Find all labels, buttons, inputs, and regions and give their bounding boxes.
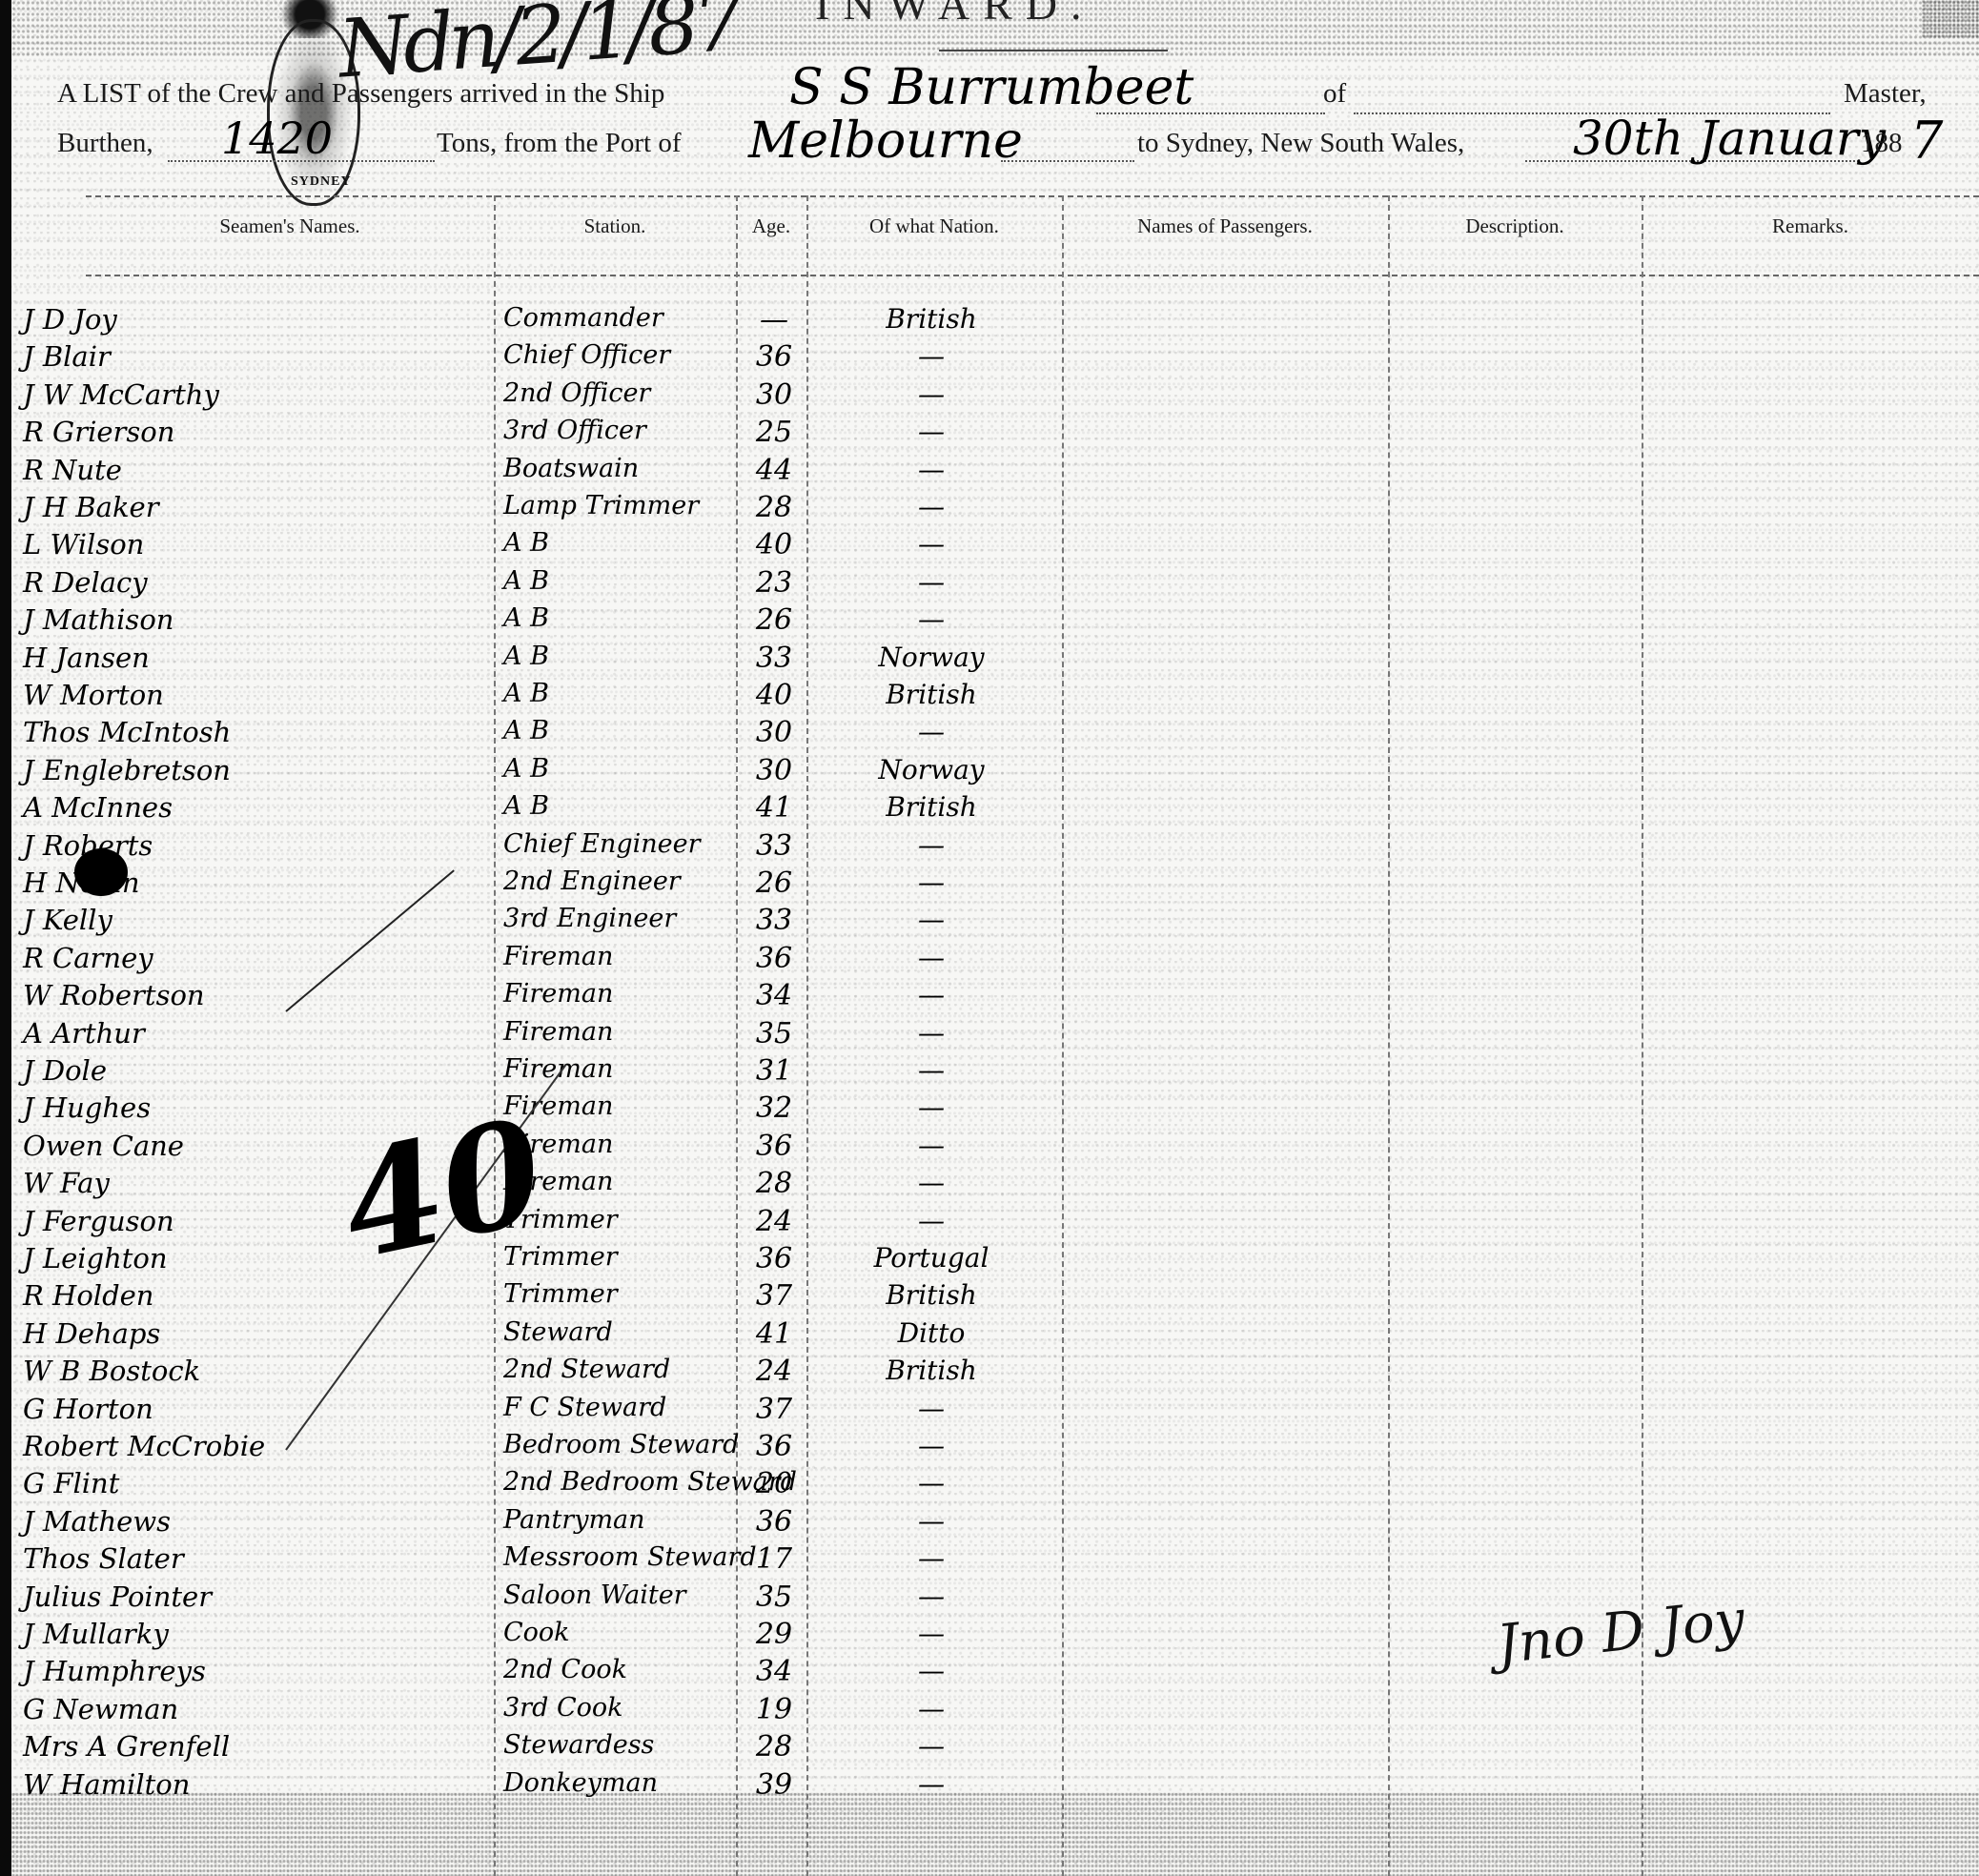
crew-station: Boatswain [503,454,639,483]
crew-name: Thos Slater [23,1542,184,1575]
crew-station: Fireman [503,979,613,1009]
crew-station: 2nd Officer [503,378,650,408]
crew-nation: — [822,1017,1041,1049]
fill-line [1096,112,1325,114]
crew-row: J D JoyCommander—British [0,303,1979,341]
crew-name: J Mathison [23,603,173,636]
crew-nation: — [822,1430,1041,1461]
crew-name: J Mathews [23,1505,171,1538]
crew-row: G HortonF C Steward37— [0,1393,1979,1431]
crew-nation: — [822,942,1041,973]
crew-name: W B Bostock [23,1355,200,1387]
crew-station: 2nd Cook [503,1655,627,1684]
crew-nation: Norway [822,642,1041,673]
crew-row: J Kelly3rd Engineer33— [0,904,1979,942]
crew-name: J Humphreys [23,1655,206,1687]
crew-age: 37 [747,1279,801,1313]
column-header-description: Description. [1388,214,1642,238]
crew-row: Thos SlaterMessroom Steward17— [0,1542,1979,1580]
crew-name: R Nute [23,454,122,486]
crew-name: A Arthur [23,1017,145,1050]
crew-row: R Grierson3rd Officer25— [0,416,1979,454]
of-label: of [1323,78,1346,110]
crew-row: H Nolan2nd Engineer26— [0,867,1979,905]
crew-age: 23 [747,566,801,600]
crew-row: J EnglebretsonA B30Norway [0,754,1979,792]
crew-station: 3rd Officer [503,416,646,445]
tonnage: 1420 [221,112,333,164]
column-header-station: Station. [494,214,736,238]
port-of-departure: Melbourne [748,112,1023,170]
crew-row: Owen CaneFireman36— [0,1130,1979,1168]
crew-row: H JansenA B33Norway [0,642,1979,680]
crew-name: R Grierson [23,416,174,448]
crew-row: Mrs A GrenfellStewardess28— [0,1730,1979,1768]
crew-age: 35 [747,1580,801,1614]
crew-name: Thos McIntosh [23,716,231,748]
crew-station: A B [503,754,549,784]
crew-row: W HamiltonDonkeyman39— [0,1768,1979,1806]
crew-station: Bedroom Steward [503,1430,739,1459]
crew-name: W Hamilton [23,1768,190,1801]
stamp-text: SYDNEY [291,174,352,190]
crew-row: L WilsonA B40— [0,528,1979,566]
crew-age: 36 [747,1242,801,1275]
crew-age: 30 [747,716,801,749]
arrival-date: 30th January [1573,111,1886,166]
crew-station: 2nd Steward [503,1355,670,1384]
crew-station: 2nd Engineer [503,867,681,896]
crew-age: 37 [747,1393,801,1426]
crew-nation: — [822,340,1041,372]
crew-row: W FayFireman28— [0,1167,1979,1205]
crew-age: 29 [747,1618,801,1651]
crew-row: J MathewsPantryman36— [0,1505,1979,1543]
crew-station: A B [503,716,549,745]
crew-age: 36 [747,1430,801,1463]
crew-station: A B [503,679,549,708]
crew-name: J Leighton [23,1242,168,1274]
crew-nation: — [822,1505,1041,1537]
fill-line [1001,160,1134,162]
crew-name: J D Joy [23,303,117,336]
crew-nation: — [822,1467,1041,1499]
crew-row: J W McCarthy2nd Officer30— [0,378,1979,417]
crew-age: 19 [747,1693,801,1726]
crew-nation: — [822,1580,1041,1612]
crew-age: 34 [747,1655,801,1688]
crew-station: Steward [503,1317,613,1347]
crew-row: R NuteBoatswain44— [0,454,1979,492]
crew-name: Robert McCrobie [23,1430,265,1462]
crew-age: 36 [747,942,801,975]
column-header-remarks: Remarks. [1642,214,1979,238]
crew-age: 28 [747,491,801,524]
crew-age: 36 [747,340,801,374]
crew-age: 36 [747,1130,801,1163]
crew-nation: British [822,791,1041,823]
crew-row: J RobertsChief Engineer33— [0,829,1979,867]
destination: to Sydney, New South Wales, [1137,128,1464,159]
crew-station: Fireman [503,942,613,971]
scan-edge-corner [1922,0,1979,38]
crew-row: J BlairChief Officer36— [0,340,1979,378]
crew-nation: — [822,1618,1041,1649]
crew-age: 30 [747,754,801,787]
crew-nation: — [822,1167,1041,1198]
crew-name: J H Baker [23,491,159,523]
crew-name: L Wilson [23,528,144,561]
crew-row: W MortonA B40British [0,679,1979,717]
crew-name: G Flint [23,1467,119,1499]
year-suffix: 7 [1910,111,1943,171]
crew-age: 34 [747,979,801,1012]
crew-age: 28 [747,1730,801,1764]
crew-nation: Norway [822,754,1041,785]
crew-row: Thos McIntoshA B30— [0,716,1979,754]
crew-row: J HughesFireman32— [0,1091,1979,1130]
crew-nation: — [822,1693,1041,1724]
crew-row: W RobertsonFireman34— [0,979,1979,1017]
crew-name: J Hughes [23,1091,151,1124]
crew-name: Mrs A Grenfell [23,1730,230,1763]
crew-nation: — [822,867,1041,898]
crew-row: J DoleFireman31— [0,1054,1979,1092]
crew-nation: — [822,1054,1041,1086]
crew-nation: Ditto [822,1317,1041,1349]
crew-age: 26 [747,867,801,900]
crew-age: 36 [747,1505,801,1539]
crew-station: A B [503,528,549,558]
crew-age: 41 [747,1317,801,1351]
crew-name: H Dehaps [23,1317,160,1350]
crew-nation: — [822,491,1041,522]
master-label: Master, [1844,78,1927,110]
crew-row: G Flint2nd Bedroom Steward20— [0,1467,1979,1505]
crew-station: Messroom Steward [503,1542,757,1572]
crew-row: R HoldenTrimmer37British [0,1279,1979,1317]
crew-name: J Dole [23,1054,107,1087]
crew-nation: — [822,1091,1041,1123]
crew-station: Commander [503,303,663,333]
ship-name: S S Burrumbeet [789,59,1194,116]
crew-station: Fireman [503,1054,613,1084]
crew-station: A B [503,566,549,596]
crew-age: — [747,303,801,336]
document-title: INWARD. [815,0,1094,30]
crew-nation: — [822,528,1041,560]
crew-station: Stewardess [503,1730,654,1760]
crew-nation: — [822,829,1041,861]
crew-row: J MathisonA B26— [0,603,1979,642]
crew-row: H DehapsSteward41Ditto [0,1317,1979,1356]
crew-row: J FergusonTrimmer24— [0,1205,1979,1243]
crew-name: J Ferguson [23,1205,174,1237]
crew-nation: — [822,378,1041,410]
crew-nation: — [822,904,1041,935]
title-underline [939,50,1168,51]
crew-nation: Portugal [822,1242,1041,1274]
crew-nation: — [822,1542,1041,1574]
crew-station: 3rd Engineer [503,904,676,933]
column-header-passenger-names: Names of Passengers. [1062,214,1388,238]
crew-name: J Mullarky [23,1618,169,1650]
column-header-nation: Of what Nation. [806,214,1062,238]
crew-age: 30 [747,378,801,412]
crew-age: 26 [747,603,801,637]
crew-nation: British [822,303,1041,335]
crew-station: Fireman [503,1017,613,1047]
crew-nation: — [822,1655,1041,1686]
tons-label: Tons, from the Port of [437,128,682,159]
crew-name: G Horton [23,1393,153,1425]
crew-age: 40 [747,679,801,712]
crew-nation: — [822,603,1041,635]
crew-row: A ArthurFireman35— [0,1017,1979,1055]
crew-nation: — [822,716,1041,747]
crew-name: G Newman [23,1693,178,1725]
crew-age: 41 [747,791,801,825]
crew-station: A B [503,791,549,821]
crew-name: W Fay [23,1167,110,1199]
column-header-seamen-names: Seamen's Names. [86,214,494,238]
crew-age: 31 [747,1054,801,1088]
crew-station: A B [503,642,549,671]
crew-nation: — [822,566,1041,598]
crew-age: 24 [747,1205,801,1238]
crew-nation: — [822,979,1041,1010]
crew-station: Saloon Waiter [503,1580,686,1610]
crew-station: Lamp Trimmer [503,491,699,520]
crew-station: A B [503,603,549,633]
crew-name: J Blair [23,340,111,373]
crew-nation: — [822,1205,1041,1236]
crew-row: R DelacyA B23— [0,566,1979,604]
year-prefix: 188 [1861,128,1903,159]
crew-name: W Morton [23,679,164,711]
crew-age: 24 [747,1355,801,1388]
crew-age: 44 [747,454,801,487]
crew-age: 25 [747,416,801,449]
crew-nation: — [822,1730,1041,1762]
crew-nation: British [822,1355,1041,1386]
crew-name: R Delacy [23,566,148,599]
crew-age: 33 [747,642,801,675]
crew-station: Pantryman [503,1505,645,1535]
crew-name: Julius Pointer [23,1580,212,1613]
crew-nation: — [822,454,1041,485]
crew-age: 33 [747,829,801,863]
manifest-page: INWARD. SYDNEY Ndn/2/1/87 A LIST of the … [0,0,1979,1876]
crew-station: F C Steward [503,1393,666,1422]
crew-row: A McInnesA B41British [0,791,1979,829]
crew-nation: — [822,1393,1041,1424]
crew-nation: — [822,1768,1041,1800]
list-heading-prefix: A LIST of the Crew and Passengers arrive… [57,78,664,110]
header-top-rule [86,195,1979,197]
crew-name: W Robertson [23,979,205,1011]
crew-station: Chief Engineer [503,829,701,859]
header-bottom-rule [86,275,1979,276]
crew-age: 33 [747,904,801,937]
crew-name: H Jansen [23,642,150,674]
crew-row: W B Bostock2nd Steward24British [0,1355,1979,1393]
crew-nation: — [822,1130,1041,1161]
crew-nation: — [822,416,1041,447]
crew-station: Cook [503,1618,570,1647]
crew-nation: British [822,679,1041,710]
crew-name: J W McCarthy [23,378,219,411]
crew-age: 32 [747,1091,801,1125]
column-header-age: Age. [736,214,806,238]
ink-blot [74,848,128,896]
crew-age: 28 [747,1167,801,1200]
crew-name: J Kelly [23,904,112,936]
crew-station: Chief Officer [503,340,670,370]
crew-row: G Newman3rd Cook19— [0,1693,1979,1731]
burthen-label: Burthen, [57,128,153,159]
crew-age: 39 [747,1768,801,1802]
crew-station: Donkeyman [503,1768,658,1798]
crew-name: Owen Cane [23,1130,184,1162]
crew-name: A McInnes [23,791,173,824]
crew-station: Trimmer [503,1279,618,1309]
crew-row: J LeightonTrimmer36Portugal [0,1242,1979,1280]
crew-station: 3rd Cook [503,1693,622,1723]
crew-name: R Holden [23,1279,153,1312]
crew-age: 35 [747,1017,801,1050]
crew-name: R Carney [23,942,153,974]
crew-row: R CarneyFireman36— [0,942,1979,980]
crew-row: J H BakerLamp Trimmer28— [0,491,1979,529]
crew-name: J Englebretson [23,754,231,786]
crew-nation: British [822,1279,1041,1311]
crew-age: 20 [747,1467,801,1500]
crew-age: 17 [747,1542,801,1576]
crew-row: J Humphreys2nd Cook34— [0,1655,1979,1693]
crew-age: 40 [747,528,801,561]
